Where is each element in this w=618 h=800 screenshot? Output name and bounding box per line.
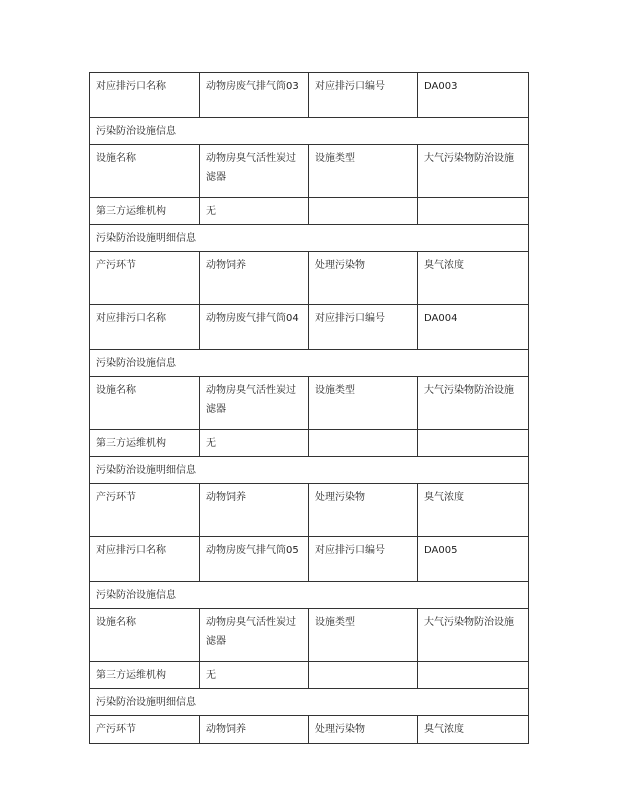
outlet-name-label: 对应排污口名称	[90, 73, 200, 118]
process-label: 产污环节	[90, 716, 200, 744]
facility-row: 设施名称 动物房臭气活性炭过滤器 设施类型 大气污染物防治设施	[90, 609, 529, 662]
process-row: 产污环节 动物饲养 处理污染物 臭气浓度	[90, 716, 529, 744]
outlet-code-label: 对应排污口编号	[309, 305, 418, 350]
process-label: 产污环节	[90, 252, 200, 305]
third-party-label: 第三方运维机构	[90, 430, 200, 457]
detail-heading: 污染防治设施明细信息	[90, 457, 529, 484]
process-row: 产污环节 动物饲养 处理污染物 臭气浓度	[90, 252, 529, 305]
facility-info-heading: 污染防治设施信息	[90, 118, 529, 145]
outlet-code-value: DA004	[418, 305, 529, 350]
outlet-row: 对应排污口名称 动物房废气排气筒04 对应排污口编号 DA004	[90, 305, 529, 350]
facility-type-label: 设施类型	[309, 145, 418, 198]
third-party-row: 第三方运维机构 无	[90, 430, 529, 457]
process-value: 动物饲养	[200, 716, 309, 744]
facility-name-label: 设施名称	[90, 377, 200, 430]
detail-heading: 污染防治设施明细信息	[90, 225, 529, 252]
facility-type-value: 大气污染物防治设施	[418, 609, 529, 662]
process-row: 产污环节 动物饲养 处理污染物 臭气浓度	[90, 484, 529, 537]
outlet-code-label: 对应排污口编号	[309, 537, 418, 582]
pollutant-label: 处理污染物	[309, 716, 418, 744]
detail-heading-row: 污染防治设施明细信息	[90, 225, 529, 252]
document-page: 对应排污口名称 动物房废气排气筒03 对应排污口编号 DA003 污染防治设施信…	[0, 0, 618, 800]
facility-type-label: 设施类型	[309, 377, 418, 430]
facility-info-heading: 污染防治设施信息	[90, 582, 529, 609]
outlet-code-value: DA005	[418, 537, 529, 582]
facility-row: 设施名称 动物房臭气活性炭过滤器 设施类型 大气污染物防治设施	[90, 377, 529, 430]
pollutant-value: 臭气浓度	[418, 716, 529, 744]
outlet-row: 对应排污口名称 动物房废气排气筒05 对应排污口编号 DA005	[90, 537, 529, 582]
facility-type-label: 设施类型	[309, 609, 418, 662]
pollutant-label: 处理污染物	[309, 252, 418, 305]
detail-heading-row: 污染防治设施明细信息	[90, 457, 529, 484]
facility-name-label: 设施名称	[90, 609, 200, 662]
facility-type-value: 大气污染物防治设施	[418, 145, 529, 198]
third-party-row: 第三方运维机构 无	[90, 198, 529, 225]
empty-cell	[418, 430, 529, 457]
facility-info-heading-row: 污染防治设施信息	[90, 582, 529, 609]
empty-cell	[418, 198, 529, 225]
facility-name-value: 动物房臭气活性炭过滤器	[200, 145, 309, 198]
third-party-label: 第三方运维机构	[90, 662, 200, 689]
facility-name-value: 动物房臭气活性炭过滤器	[200, 609, 309, 662]
third-party-label: 第三方运维机构	[90, 198, 200, 225]
pollution-facility-table: 对应排污口名称 动物房废气排气筒03 对应排污口编号 DA003 污染防治设施信…	[89, 72, 529, 744]
outlet-name-label: 对应排污口名称	[90, 305, 200, 350]
facility-info-heading-row: 污染防治设施信息	[90, 118, 529, 145]
empty-cell	[309, 662, 418, 689]
facility-row: 设施名称 动物房臭气活性炭过滤器 设施类型 大气污染物防治设施	[90, 145, 529, 198]
empty-cell	[309, 198, 418, 225]
detail-heading: 污染防治设施明细信息	[90, 689, 529, 716]
outlet-name-value: 动物房废气排气筒03	[200, 73, 309, 118]
outlet-name-value: 动物房废气排气筒04	[200, 305, 309, 350]
detail-heading-row: 污染防治设施明细信息	[90, 689, 529, 716]
third-party-row: 第三方运维机构 无	[90, 662, 529, 689]
third-party-value: 无	[200, 430, 309, 457]
outlet-name-value: 动物房废气排气筒05	[200, 537, 309, 582]
facility-info-heading-row: 污染防治设施信息	[90, 350, 529, 377]
empty-cell	[418, 662, 529, 689]
facility-name-label: 设施名称	[90, 145, 200, 198]
pollutant-value: 臭气浓度	[418, 252, 529, 305]
facility-info-heading: 污染防治设施信息	[90, 350, 529, 377]
outlet-row: 对应排污口名称 动物房废气排气筒03 对应排污口编号 DA003	[90, 73, 529, 118]
pollutant-value: 臭气浓度	[418, 484, 529, 537]
pollutant-label: 处理污染物	[309, 484, 418, 537]
third-party-value: 无	[200, 662, 309, 689]
process-value: 动物饲养	[200, 252, 309, 305]
process-label: 产污环节	[90, 484, 200, 537]
third-party-value: 无	[200, 198, 309, 225]
outlet-code-label: 对应排污口编号	[309, 73, 418, 118]
facility-name-value: 动物房臭气活性炭过滤器	[200, 377, 309, 430]
outlet-name-label: 对应排污口名称	[90, 537, 200, 582]
outlet-code-value: DA003	[418, 73, 529, 118]
process-value: 动物饲养	[200, 484, 309, 537]
facility-type-value: 大气污染物防治设施	[418, 377, 529, 430]
empty-cell	[309, 430, 418, 457]
